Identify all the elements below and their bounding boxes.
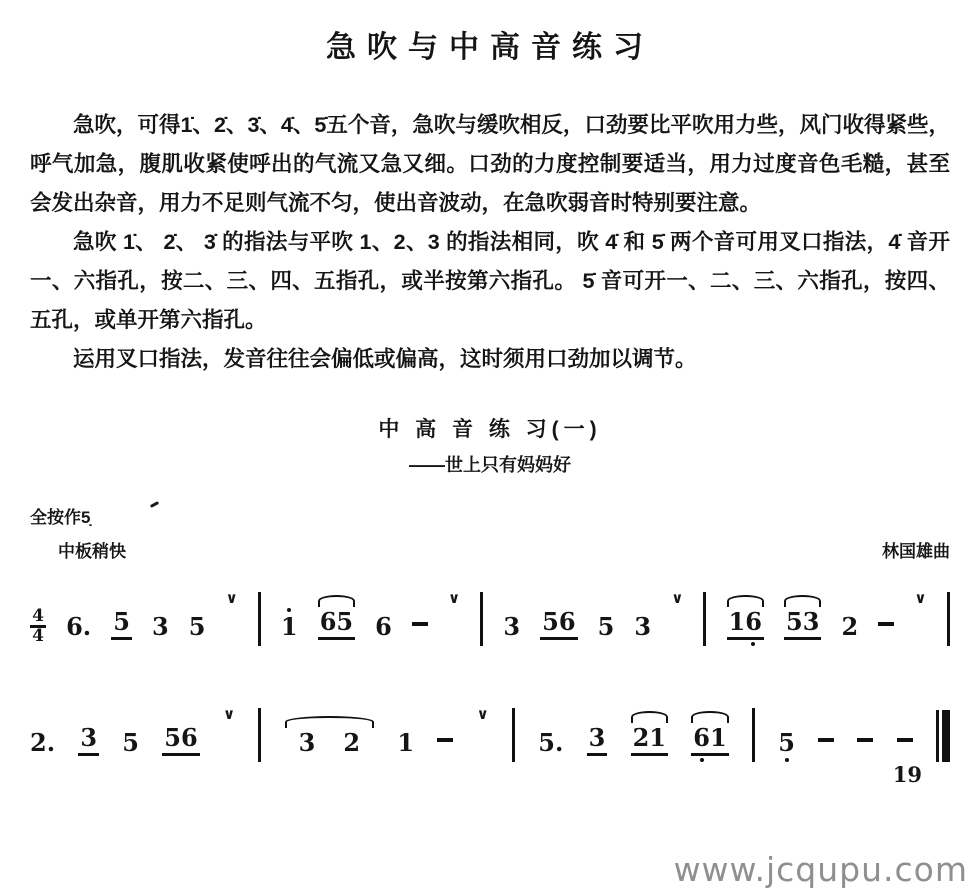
note-number: 5	[336, 609, 353, 635]
octave-dots-below	[165, 756, 197, 764]
octave-dots-below	[543, 640, 575, 648]
note-numbers: 32	[285, 730, 374, 756]
score-meta-left: 全按作5̣ 中板稍快	[30, 503, 126, 562]
barline	[947, 592, 950, 646]
note-numbers: 53	[784, 609, 821, 640]
note-number: 5	[598, 614, 615, 640]
octave-dots-below	[779, 756, 795, 764]
octave-dots-below	[71, 640, 87, 648]
octave-dots-below	[635, 640, 651, 648]
slur-arc	[318, 595, 355, 607]
octave-dots-below	[114, 640, 130, 648]
dot-cell	[745, 642, 761, 646]
composer-credit: 林国雄曲	[882, 537, 950, 562]
final-barline	[936, 710, 950, 762]
note: 6.	[66, 614, 91, 648]
octave-dots-below	[35, 756, 51, 764]
note-number: 5	[778, 730, 795, 756]
note: 3	[503, 614, 520, 648]
note-number: 5.	[538, 730, 563, 756]
breath-mark: ∨	[448, 592, 460, 604]
octave-dots-below	[152, 640, 168, 648]
note-number: 2	[633, 725, 650, 751]
octave-dots-below	[787, 640, 819, 648]
note-number: 5	[164, 725, 181, 751]
note-numbers: 56	[162, 725, 199, 756]
octave-dots-below	[81, 756, 97, 764]
note: 5	[111, 609, 132, 648]
score-staff-1: 446.535∨1656∨35653∨16532∨	[30, 576, 950, 648]
octave-dots-below	[842, 640, 858, 648]
note-number: 3	[152, 614, 169, 640]
octave-dots-below	[398, 756, 414, 764]
note: 3	[587, 725, 608, 764]
octave-dots-below	[313, 756, 345, 764]
barline	[480, 592, 483, 646]
note: 5.	[538, 730, 563, 764]
octave-dot-below	[700, 758, 704, 762]
octave-dots-below	[281, 640, 297, 648]
note-numbers: 3	[78, 725, 99, 756]
octave-dots-below	[543, 756, 559, 764]
note: 5	[189, 614, 206, 648]
note-number: 2.	[30, 730, 55, 756]
octave-dots-below	[694, 756, 726, 764]
duration-dash	[818, 738, 834, 742]
note-numbers: 1	[397, 730, 414, 756]
note: 3	[78, 725, 99, 764]
breath-mark: ∨	[477, 708, 489, 720]
time-signature: 44	[30, 609, 46, 645]
note-number: 5	[542, 609, 559, 635]
octave-dots-below	[320, 640, 352, 648]
note-numbers: 61	[691, 725, 728, 756]
note: 5	[778, 730, 795, 764]
note: 5	[598, 614, 615, 648]
duration-dash	[857, 738, 873, 742]
duration-dash	[437, 738, 453, 742]
octave-dots-below	[598, 640, 614, 648]
note-number: 5	[189, 614, 206, 640]
note-group: 56	[162, 725, 199, 764]
note-number: 1	[281, 614, 298, 640]
note-numbers: 5	[778, 730, 795, 756]
note-group: 32	[285, 716, 374, 764]
note-number: 1	[710, 725, 727, 751]
note-number: 1	[397, 730, 414, 756]
note-number: 6	[693, 725, 710, 751]
note-numbers: 3	[587, 725, 608, 756]
note: 3	[634, 614, 651, 648]
page-title: 急吹与中高音练习	[30, 22, 950, 66]
note-number: 6	[320, 609, 337, 635]
octave-dots-below	[589, 756, 605, 764]
duration-dash	[878, 622, 894, 626]
tempo-label: 中板稍快	[58, 537, 126, 562]
octave-dots-below	[504, 640, 520, 648]
instruction-text: 急吹，可得1̇、2̇、3̇、4̇、5̇五个音，急吹与缓吹相反，口劲要比平吹用力些…	[30, 106, 950, 379]
note-numbers: 2.	[30, 730, 55, 756]
note-group: 53	[784, 595, 821, 648]
barline	[703, 592, 706, 646]
final-barline-thin	[936, 710, 939, 762]
octave-dot-below	[785, 758, 789, 762]
note-numbers: 65	[318, 609, 355, 640]
breath-mark: ∨	[223, 708, 235, 720]
note-numbers: 16	[727, 609, 764, 640]
note-number: 2	[329, 730, 374, 756]
note-numbers: 2	[842, 614, 859, 640]
song-subtitle: ——世上只有妈妈好	[30, 451, 950, 477]
slur-arc	[784, 595, 821, 607]
note-group: 16	[727, 595, 764, 648]
octave-dots-below	[376, 640, 392, 648]
instruction-paragraph-2: 急吹 1̇、 2̇、 3̇ 的指法与平吹 1、2、3 的指法相同，吹 4̇ 和 …	[30, 223, 950, 340]
note-number: 2	[842, 614, 859, 640]
note: 5	[122, 730, 139, 764]
note-group: 61	[691, 711, 728, 764]
note-number: 6.	[66, 614, 91, 640]
note: 1	[281, 606, 298, 648]
note-numbers: 1	[281, 614, 298, 640]
note-number: 6	[375, 614, 392, 640]
note-numbers: 5	[111, 609, 132, 640]
note-number: 3	[285, 730, 330, 756]
note-numbers: 3	[503, 614, 520, 640]
note-numbers: 5.	[538, 730, 563, 756]
instruction-paragraph-3: 运用叉口指法，发音往往会偏低或偏高，这时须用口劲加以调节。	[30, 340, 950, 379]
note-number: 3	[503, 614, 520, 640]
barline	[752, 708, 755, 762]
page-number: 19	[893, 762, 922, 787]
octave-dots-below	[729, 640, 761, 648]
note-number: 6	[181, 725, 198, 751]
octave-dot-below	[751, 642, 755, 646]
note-number: 1	[729, 609, 746, 635]
note-number: 3	[803, 609, 820, 635]
breath-mark: ∨	[914, 592, 926, 604]
note-numbers: 21	[631, 725, 668, 756]
slur-arc	[285, 716, 374, 728]
note: 2.	[30, 730, 55, 764]
note-numbers: 3	[152, 614, 169, 640]
note-group: 56	[540, 609, 577, 648]
note: 2	[842, 614, 859, 648]
octave-dots-below	[189, 640, 205, 648]
note-number: 6	[559, 609, 576, 635]
note-numbers: 56	[540, 609, 577, 640]
note-number: 5	[122, 730, 139, 756]
note-numbers: 5	[122, 730, 139, 756]
slur-arc	[691, 711, 728, 723]
barline	[258, 708, 261, 762]
watermark: www.jcqupu.com	[674, 850, 968, 889]
breath-mark: ∨	[226, 592, 238, 604]
note: 1	[397, 730, 414, 764]
final-barline-thick	[942, 710, 950, 762]
dot-cell	[779, 758, 795, 762]
score-meta: 全按作5̣ 中板稍快 林国雄曲	[30, 503, 950, 562]
note-numbers: 6	[375, 614, 392, 640]
note-group: 21	[631, 711, 668, 764]
note-number: 3	[589, 725, 606, 751]
note-number: 1	[649, 725, 666, 751]
barline	[512, 708, 515, 762]
slur-arc	[727, 595, 764, 607]
instruction-paragraph-1: 急吹，可得1̇、2̇、3̇、4̇、5̇五个音，急吹与缓吹相反，口劲要比平吹用力些…	[30, 106, 950, 223]
sheet-music-page: 急吹与中高音练习 急吹，可得1̇、2̇、3̇、4̇、5̇五个音，急吹与缓吹相反，…	[0, 22, 980, 764]
octave-dots-below	[123, 756, 139, 764]
note-numbers: 5	[189, 614, 206, 640]
note-number: 3	[80, 725, 97, 751]
note-group: 65	[318, 595, 355, 648]
key-signature-label: 全按作5̣	[30, 503, 126, 528]
note-number: 3	[634, 614, 651, 640]
time-signature-bottom: 4	[32, 629, 44, 644]
breath-mark: ∨	[671, 592, 683, 604]
note-numbers: 5	[598, 614, 615, 640]
duration-dash	[897, 738, 913, 742]
slur-arc	[631, 711, 668, 723]
duration-dash	[412, 622, 428, 626]
barline	[258, 592, 261, 646]
note-numbers: 6.	[66, 614, 91, 640]
time-signature-top: 4	[32, 609, 44, 624]
note-numbers: 3	[634, 614, 651, 640]
octave-dots-below	[633, 756, 665, 764]
song-title: 中 高 音 练 习(一)	[30, 413, 950, 443]
note: 6	[375, 614, 392, 648]
score-staff-2: 2.3556∨321∨5.321615	[30, 692, 950, 764]
note: 3	[152, 614, 169, 648]
note-number: 6	[745, 609, 762, 635]
note-number: 5	[786, 609, 803, 635]
note-number: 5	[113, 609, 130, 635]
dot-cell	[694, 758, 710, 762]
